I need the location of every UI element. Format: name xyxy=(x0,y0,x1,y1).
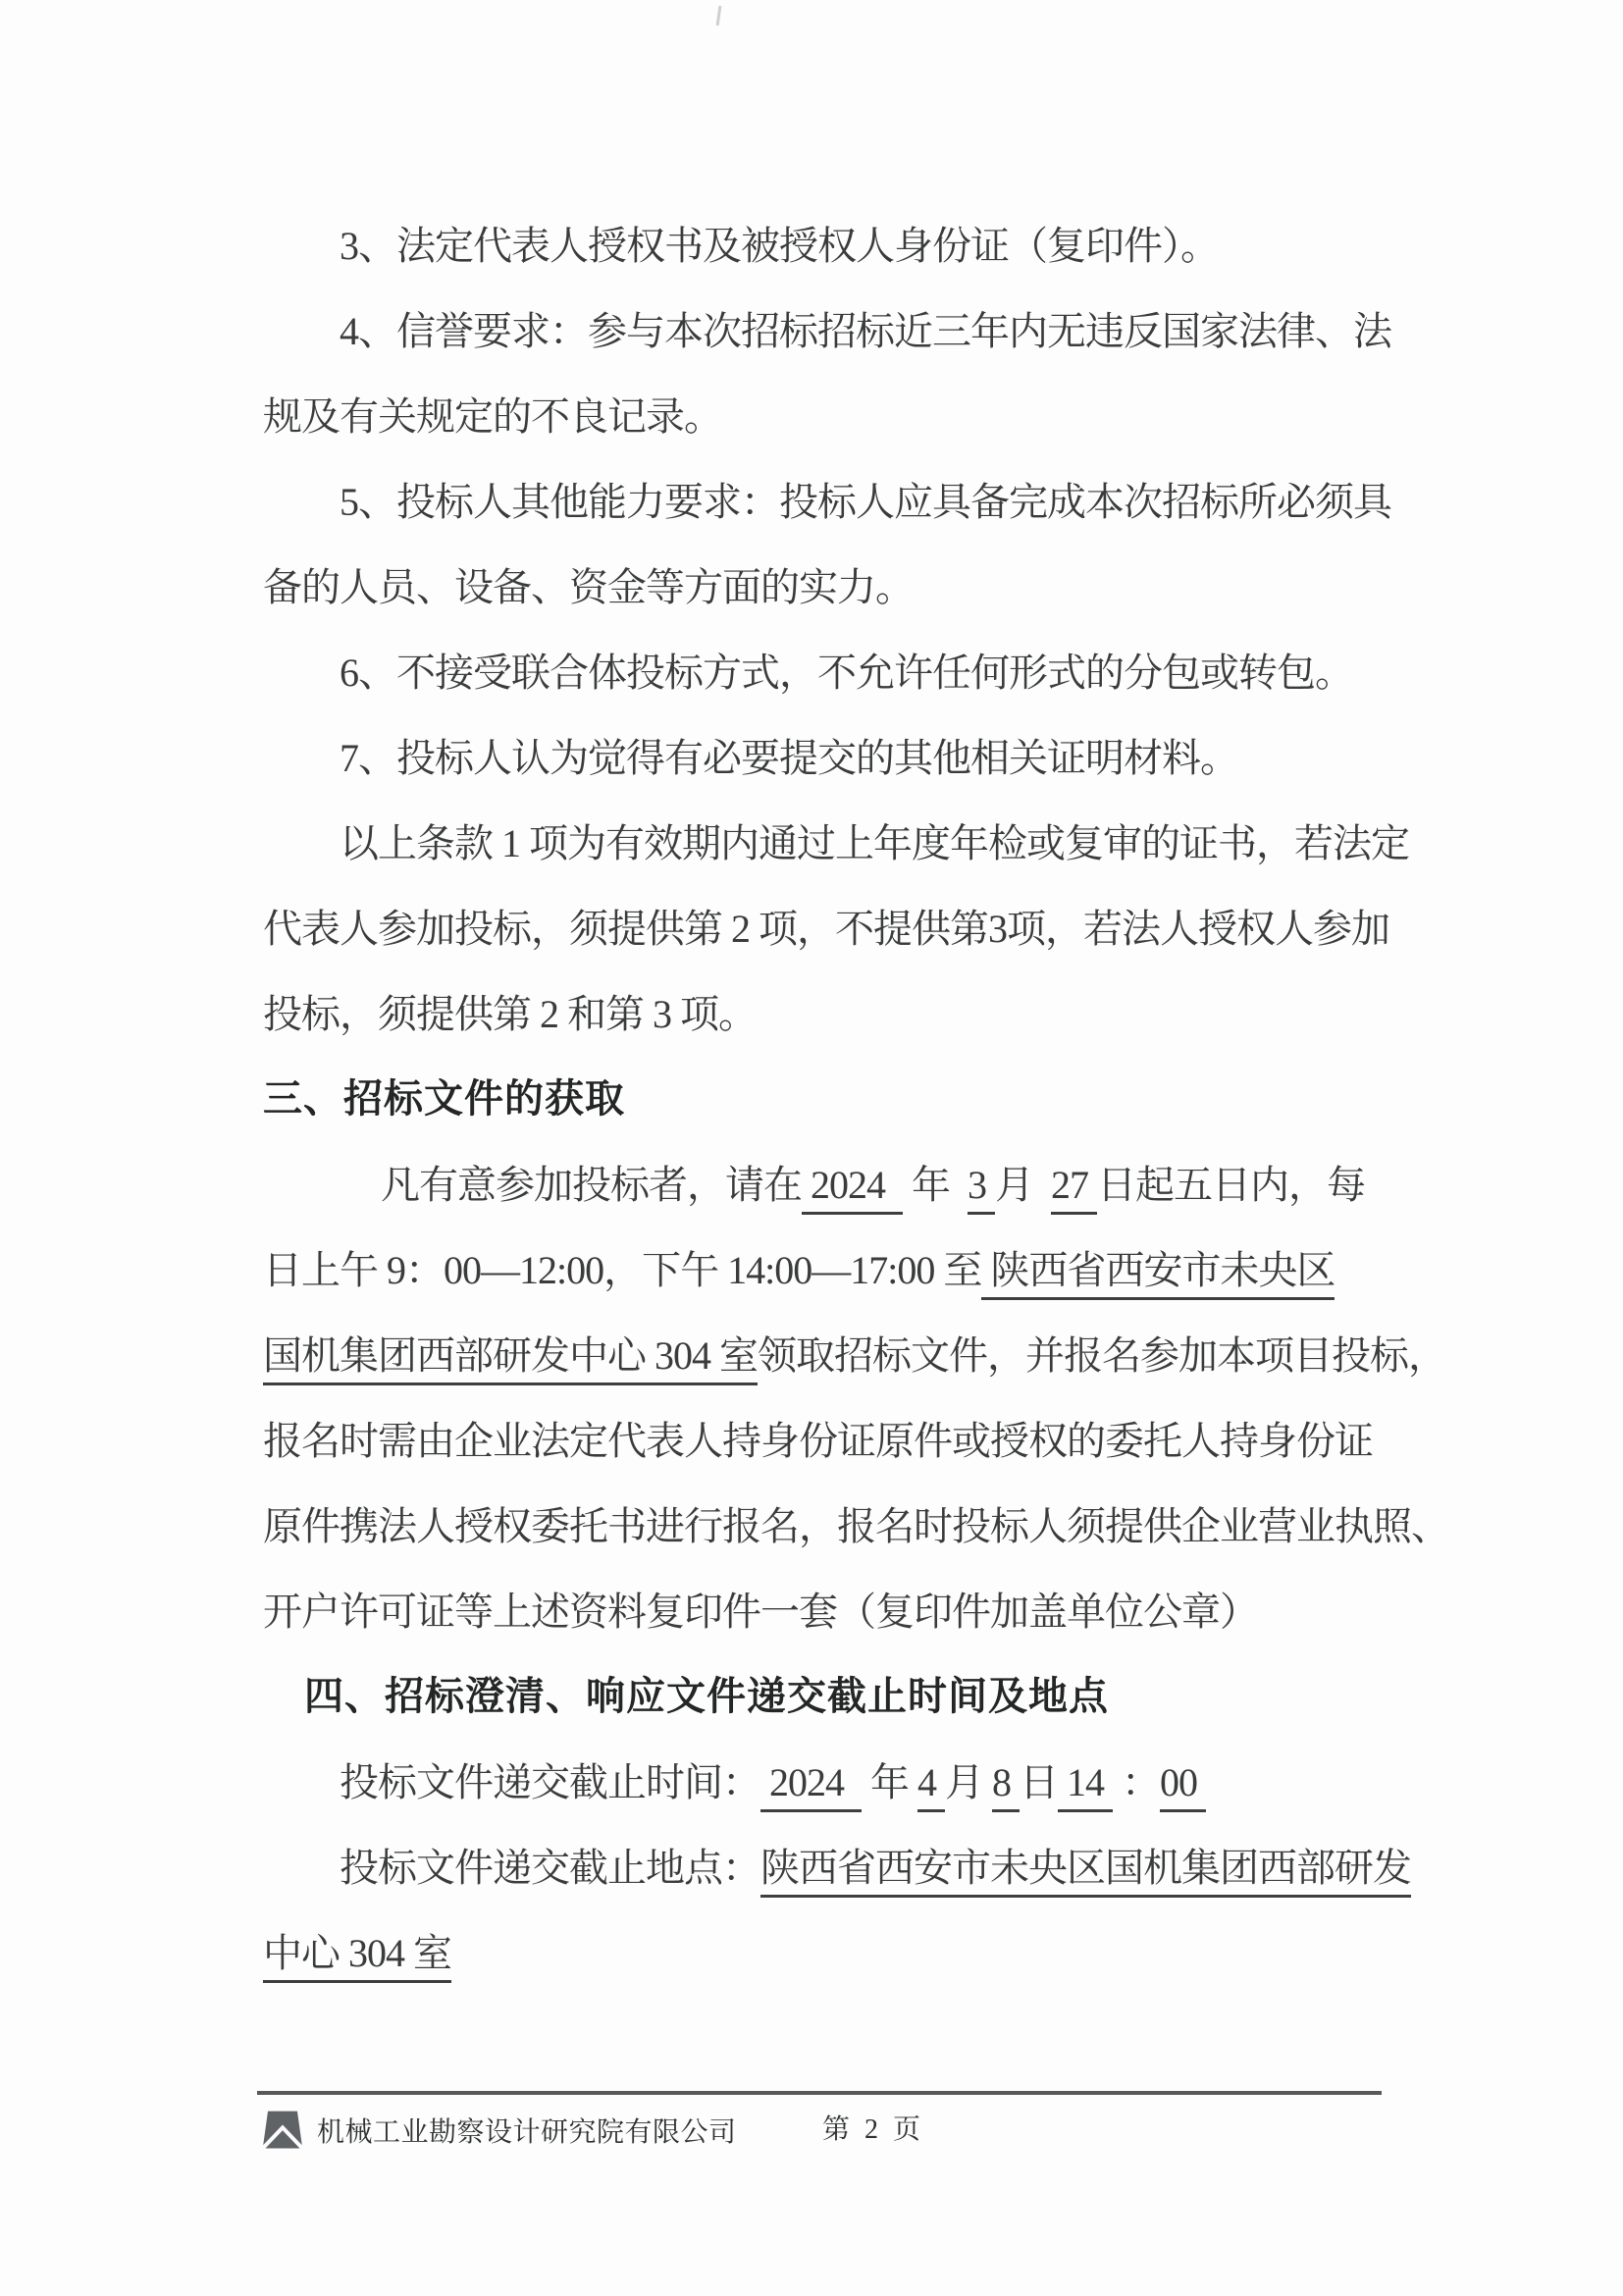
year-field: 2024 xyxy=(802,1163,903,1215)
text-segment: 投标文件递交截止地点： xyxy=(340,1846,760,1890)
footer: 机械工业勘察设计研究院有限公司 xyxy=(260,2108,737,2153)
document-page: 3、法定代表人授权书及被授权人身份证（复印件）。 4、信誉要求：参与本次招标招标… xyxy=(0,0,1623,2296)
text-segment: 领取招标文件，并报名参加本项目投标， xyxy=(758,1333,1446,1378)
text-segment: 备的人员、设备、资金等方面的实力。 xyxy=(263,565,914,609)
obtain-para-line-2: 日上午 9：00—12:00，下午 14:00—17:00 至 陕西省西安市未央… xyxy=(263,1227,1480,1313)
day-field: 8 xyxy=(992,1760,1020,1812)
deadline-time-line: 投标文件递交截止时间： 2024 年 4 月 8 日 14 ：00 xyxy=(263,1740,1480,1825)
address-field: 陕西省西安市未央区国机集团西部研发 xyxy=(760,1846,1411,1898)
footer-page-number: 第 2 页 xyxy=(822,2108,924,2153)
text-segment: 投标文件递交截止时间： xyxy=(340,1760,760,1804)
text-segment: 投标，须提供第 2 和第 3 项。 xyxy=(263,992,757,1036)
note-line-2: 代表人参加投标，须提供第 2 项，不提供第3项，若法人授权人参加 xyxy=(263,886,1480,971)
year-field: 2024 xyxy=(760,1760,862,1812)
footer-company-name: 机械工业勘察设计研究院有限公司 xyxy=(317,2111,737,2150)
text-segment: 以上条款 1 项为有效期内通过上年度年检或复审的证书，若法定 xyxy=(340,821,1409,865)
text-segment: 6、不接受联合体投标方式，不允许任何形式的分包或转包。 xyxy=(340,651,1353,695)
text-segment: ： xyxy=(1113,1760,1160,1804)
clause-7-line: 7、投标人认为觉得有必要提交的其他相关证明材料。 xyxy=(263,715,1480,801)
company-mountain-logo-icon xyxy=(260,2109,305,2152)
note-line-3: 投标，须提供第 2 和第 3 项。 xyxy=(263,971,1480,1057)
obtain-para-line-6: 开户许可证等上述资料复印件一套（复印件加盖单位公章） xyxy=(263,1569,1480,1654)
text-segment: 5、投标人其他能力要求：投标人应具备完成本次招标所必须具 xyxy=(340,480,1391,524)
section-heading-3: 三、招标文件的获取 xyxy=(263,1057,1480,1142)
document-body: 3、法定代表人授权书及被授权人身份证（复印件）。 4、信誉要求：参与本次招标招标… xyxy=(263,203,1480,1996)
month-field: 4 xyxy=(917,1760,945,1812)
clause-3-line: 3、法定代表人授权书及被授权人身份证（复印件）。 xyxy=(263,203,1480,288)
minute-field: 00 xyxy=(1160,1760,1206,1812)
text-segment: 原件携法人授权委托书进行报名，报名时投标人须提供企业营业执照、 xyxy=(263,1504,1449,1548)
clause-6-line: 6、不接受联合体投标方式，不允许任何形式的分包或转包。 xyxy=(263,630,1480,715)
clause-5-line-1: 5、投标人其他能力要求：投标人应具备完成本次招标所必须具 xyxy=(263,459,1480,545)
text-segment: 3、法定代表人授权书及被授权人身份证（复印件）。 xyxy=(340,224,1219,268)
note-line-1: 以上条款 1 项为有效期内通过上年度年检或复审的证书，若法定 xyxy=(263,801,1480,886)
text-segment: 月 xyxy=(995,1163,1051,1207)
address-field: 中心 304 室 xyxy=(263,1931,451,1983)
text-segment: 规及有关规定的不良记录。 xyxy=(263,394,722,439)
address-field: 陕西省西安市未央区 xyxy=(981,1248,1335,1300)
clause-4-line-2: 规及有关规定的不良记录。 xyxy=(263,374,1480,459)
day-field: 27 xyxy=(1051,1163,1097,1215)
text-segment: 凡有意参加投标者，请在 xyxy=(381,1163,802,1207)
text-segment: 年 xyxy=(903,1163,968,1207)
text-segment: 日 xyxy=(1020,1760,1058,1804)
deadline-place-line-1: 投标文件递交截止地点：陕西省西安市未央区国机集团西部研发 xyxy=(263,1825,1480,1910)
clause-5-line-2: 备的人员、设备、资金等方面的实力。 xyxy=(263,545,1480,630)
heading-text: 三、招标文件的获取 xyxy=(263,1077,625,1121)
clause-4-line-1: 4、信誉要求：参与本次招标招标近三年内无违反国家法律、法 xyxy=(263,288,1480,374)
text-segment: 日起五日内，每 xyxy=(1097,1163,1365,1207)
text-segment: 年 xyxy=(862,1760,917,1804)
text-segment: 日上午 9：00—12:00，下午 14:00—17:00 至 xyxy=(263,1248,981,1292)
obtain-para-line-3: 国机集团西部研发中心 304 室领取招标文件，并报名参加本项目投标， xyxy=(263,1313,1480,1398)
text-segment: 报名时需由企业法定代表人持身份证原件或授权的委托人持身份证 xyxy=(263,1419,1373,1463)
obtain-para-line-5: 原件携法人授权委托书进行报名，报名时投标人须提供企业营业执照、 xyxy=(263,1484,1480,1569)
hour-field: 14 xyxy=(1058,1760,1113,1812)
address-field: 国机集团西部研发中心 304 室 xyxy=(263,1333,758,1385)
footer-divider xyxy=(257,2091,1382,2095)
text-segment: 4、信誉要求：参与本次招标招标近三年内无违反国家法律、法 xyxy=(340,309,1391,353)
text-segment: 开户许可证等上述资料复印件一套（复印件加盖单位公章） xyxy=(263,1590,1258,1634)
text-segment: 代表人参加投标，须提供第 2 项，不提供第3项，若法人授权人参加 xyxy=(263,907,1389,951)
month-field: 3 xyxy=(968,1163,995,1215)
obtain-para-line-1: 凡有意参加投标者，请在 2024 年 3 月 27 日起五日内，每 xyxy=(263,1142,1480,1227)
deadline-place-line-2: 中心 304 室 xyxy=(263,1910,1480,1996)
text-segment: 7、投标人认为觉得有必要提交的其他相关证明材料。 xyxy=(340,736,1238,780)
section-heading-4: 四、招标澄清、响应文件递交截止时间及地点 xyxy=(263,1654,1480,1740)
heading-text: 四、招标澄清、响应文件递交截止时间及地点 xyxy=(304,1675,1109,1718)
obtain-para-line-4: 报名时需由企业法定代表人持身份证原件或授权的委托人持身份证 xyxy=(263,1398,1480,1484)
text-segment: 月 xyxy=(945,1760,992,1804)
scan-artifact xyxy=(716,6,722,26)
